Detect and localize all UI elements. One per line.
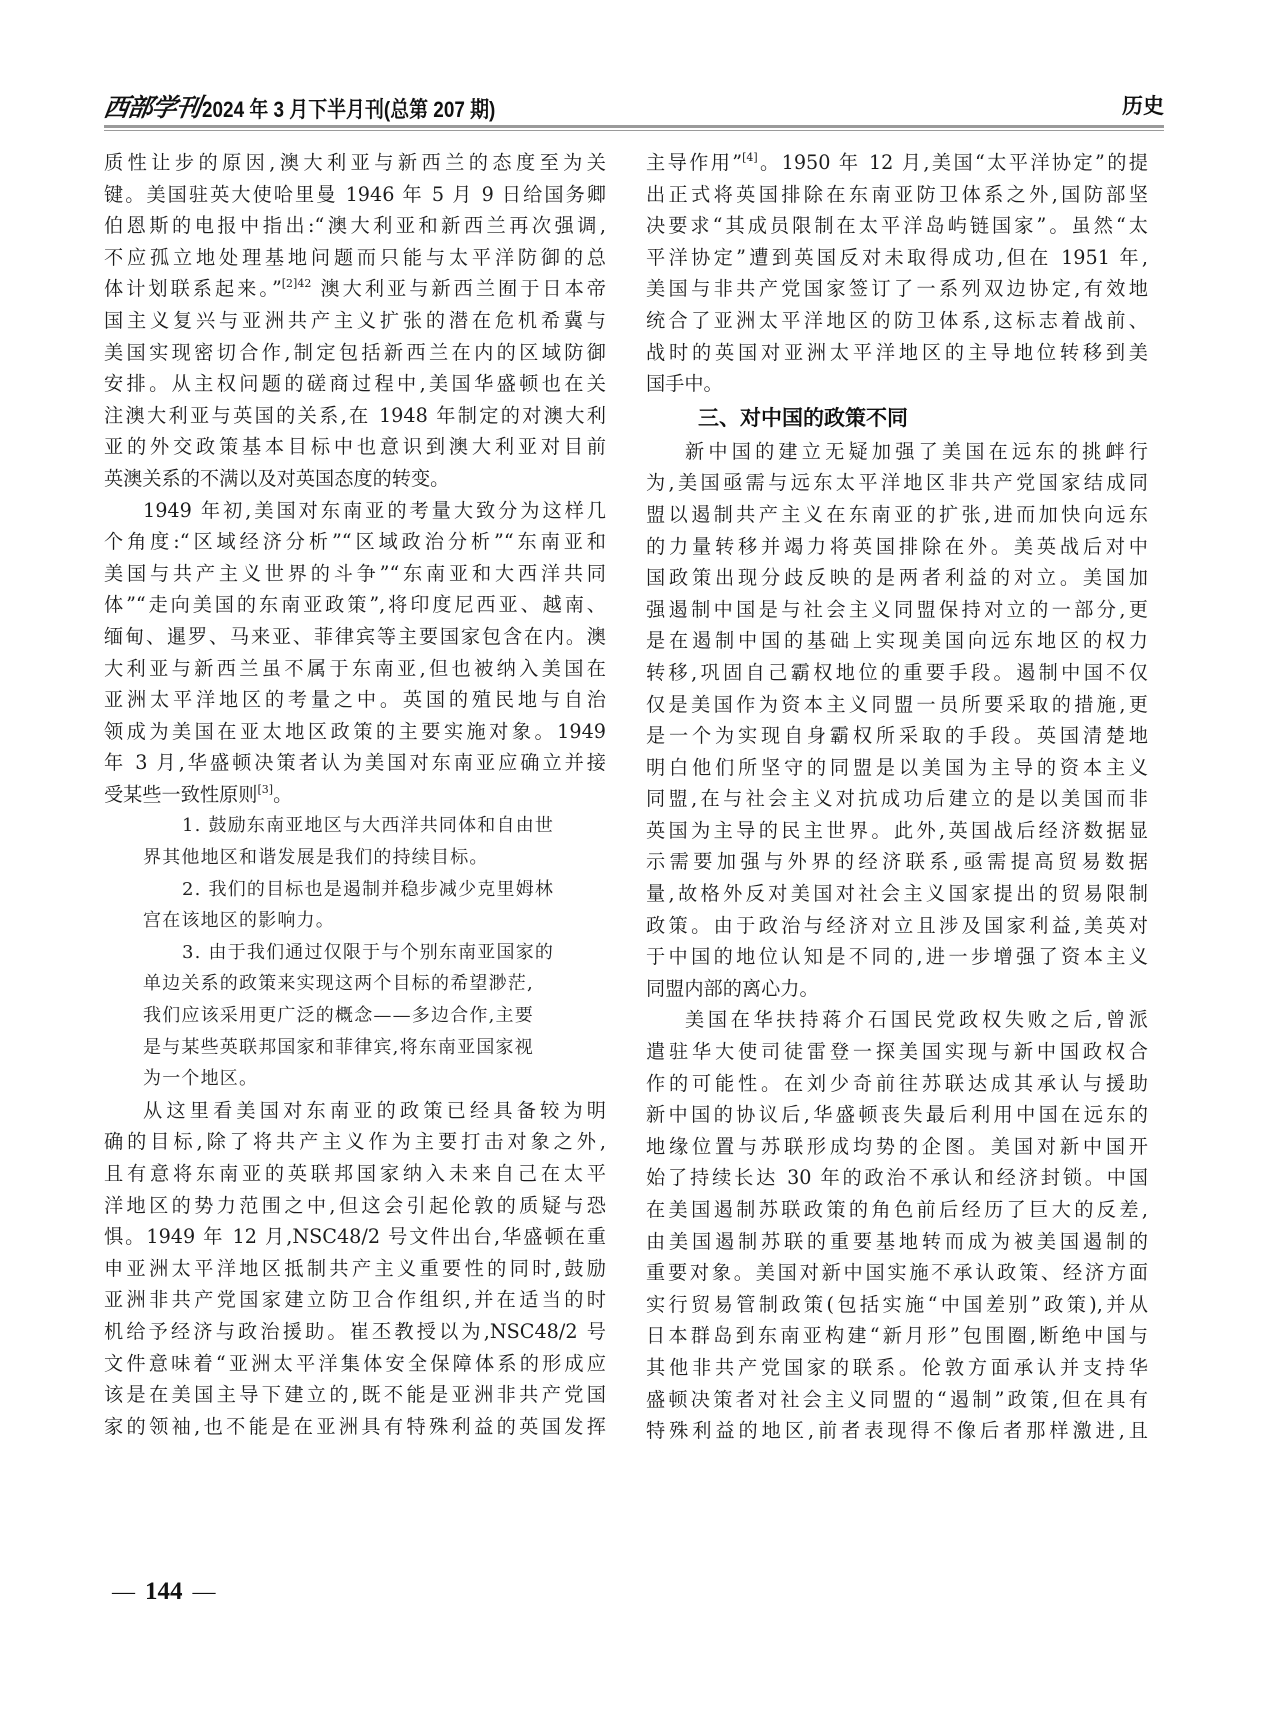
text-line: 日本群岛到东南亚构建“新月形”包围圈,断绝中国与 (646, 1320, 1148, 1352)
text-line: 明白他们所坚守的同盟是以美国为主导的资本主义 (646, 752, 1148, 784)
text-line: 安排。从主权问题的磋商过程中,美国华盛顿也在关 (104, 368, 606, 400)
text-line: 亚洲太平洋地区的考量之中。英国的殖民地与自治 (104, 684, 606, 716)
quote-line: 我们应该采用更广泛的概念——多边合作,主要 (104, 1000, 606, 1032)
text-line: 出正式将英国排除在东南亚防卫体系之外,国防部坚 (646, 179, 1148, 211)
text-line: 国手中。 (646, 368, 1148, 400)
text-line: 国政策出现分歧反映的是两者利益的对立。美国加 (646, 562, 1148, 594)
text-line: 强遏制中国是与社会主义同盟保持对立的一部分,更 (646, 594, 1148, 626)
text-line: 是一个为实现自身霸权所采取的手段。英国清楚地 (646, 720, 1148, 752)
right-column: 主导作用”[4]。1950 年 12 月,美国“太平洋协定”的提 出正式将英国排… (646, 147, 1148, 1447)
text-fragment: 体计划联系起来。” (104, 277, 282, 300)
text-fragment: 。1950 年 12 月,美国“太平洋协定”的提 (758, 151, 1148, 174)
header-rule-thick (104, 125, 1164, 128)
text-line: 体”“走向美国的东南亚政策”,将印度尼西亚、越南、 (104, 589, 606, 621)
citation-marker: [2]42 (282, 277, 312, 290)
paragraph-start: 1949 年初,美国对东南亚的考量大致分为这样几 (104, 495, 606, 527)
text-line: 键。美国驻英大使哈里曼 1946 年 5 月 9 日给国务卿 (104, 179, 606, 211)
text-line: 战时的英国对亚洲太平洋地区的主导地位转移到美 (646, 337, 1148, 369)
text-fragment: 主导作用” (646, 151, 742, 174)
text-line: 美国与共产主义世界的斗争”“东南亚和大西洋共同 (104, 558, 606, 590)
folio-dash-right: — (193, 1579, 216, 1604)
text-line: 美国实现密切合作,制定包括新西兰在内的区域防御 (104, 337, 606, 369)
text-line-with-citation: 主导作用”[4]。1950 年 12 月,美国“太平洋协定”的提 (646, 147, 1148, 179)
text-line: 亚的外交政策基本目标中也意识到澳大利亚对目前 (104, 431, 606, 463)
text-line: 领成为美国在亚太地区政策的主要实施对象。1949 (104, 716, 606, 748)
text-line: 是在遏制中国的基础上实现美国向远东地区的权力 (646, 625, 1148, 657)
text-line: 确的目标,除了将共产主义作为主要打击对象之外, (104, 1126, 606, 1158)
text-line: 仅是美国作为资本主义同盟一员所要采取的措施,更 (646, 689, 1148, 721)
text-line: 同盟内部的离心力。 (646, 973, 1148, 1005)
page-folio: —144— (112, 1578, 216, 1606)
quote-line: 为一个地区。 (104, 1063, 606, 1095)
paragraph-start: 从这里看美国对东南亚的政策已经具备较为明 (104, 1095, 606, 1127)
text-line: 国主义复兴与亚洲共产主义扩张的潜在危机希冀与 (104, 305, 606, 337)
text-line: 亚洲非共产党国家建立防卫合作组织,并在适当的时 (104, 1284, 606, 1316)
text-line: 统合了亚洲太平洋地区的防卫体系,这标志着战前、 (646, 305, 1148, 337)
folio-dash-left: — (112, 1579, 135, 1604)
text-line: 特殊利益的地区,前者表现得不像后者那样激进,且 (646, 1415, 1148, 1447)
section-label: 历史 (1122, 90, 1164, 120)
text-line: 英澳关系的不满以及对英国态度的转变。 (104, 463, 606, 495)
text-line: 新中国的协议后,华盛顿丧失最后利用中国在远东的 (646, 1099, 1148, 1131)
text-line: 质性让步的原因,澳大利亚与新西兰的态度至为关 (104, 147, 606, 179)
text-line: 在美国遏制苏联政策的角色前后经历了巨大的反差, (646, 1194, 1148, 1226)
text-line: 家的领袖,也不能是在亚洲具有特殊利益的英国发挥 (104, 1411, 606, 1443)
text-line: 平洋协定”遭到英国反对未取得成功,但在 1951 年, (646, 242, 1148, 274)
text-line: 遣驻华大使司徒雷登一探美国实现与新中国政权合 (646, 1036, 1148, 1068)
text-line: 转移,巩固自己霸权地位的重要手段。遏制中国不仅 (646, 657, 1148, 689)
text-line: 大利亚与新西兰虽不属于东南亚,但也被纳入美国在 (104, 653, 606, 685)
text-line: 实行贸易管制政策(包括实施“中国差别”政策),并从 (646, 1289, 1148, 1321)
text-line: 惧。1949 年 12 月,NSC48/2 号文件出台,华盛顿在重 (104, 1221, 606, 1253)
text-line: 的力量转移并竭力将英国排除在外。美英战后对中 (646, 531, 1148, 563)
quote-line: 是与某些英联邦国家和菲律宾,将东南亚国家视 (104, 1032, 606, 1064)
running-header: 西部学刊 2024 年 3 月下半月刊(总第 207 期) 历史 (104, 88, 1164, 124)
text-line: 个角度:“区域经济分析”“区域政治分析”“东南亚和 (104, 526, 606, 558)
text-line: 示需要加强与外界的经济联系,亟需提高贸易数据 (646, 846, 1148, 878)
text-line: 申亚洲太平洋地区抵制共产主义重要性的同时,鼓励 (104, 1253, 606, 1285)
text-line: 不应孤立地处理基地问题而只能与太平洋防御的总 (104, 242, 606, 274)
text-line: 始了持续长达 30 年的政治不承认和经济封锁。中国 (646, 1162, 1148, 1194)
citation-marker: [4] (742, 151, 758, 164)
quote-line: 界其他地区和谐发展是我们的持续目标。 (104, 842, 606, 874)
text-line: 机给予经济与政治援助。崔丕教授以为,NSC48/2 号 (104, 1316, 606, 1348)
text-line: 洋地区的势力范围之中,但这会引起伦敦的质疑与恐 (104, 1190, 606, 1222)
text-line: 英国为主导的民主世界。此外,英国战后经济数据显 (646, 815, 1148, 847)
page-number: 144 (145, 1578, 183, 1605)
header-left: 西部学刊 2024 年 3 月下半月刊(总第 207 期) (104, 88, 543, 124)
text-line: 且有意将东南亚的英联邦国家纳入未来自己在太平 (104, 1158, 606, 1190)
text-line: 决要求“其成员限制在太平洋岛屿链国家”。虽然“太 (646, 210, 1148, 242)
issue-info: 2024 年 3 月下半月刊(总第 207 期) (202, 93, 495, 124)
text-line: 地缘位置与苏联形成均势的企图。美国对新中国开 (646, 1131, 1148, 1163)
text-line: 盟以遏制共产主义在东南亚的扩张,进而加快向远东 (646, 499, 1148, 531)
text-line: 美国与非共产党国家签订了一系列双边协定,有效地 (646, 273, 1148, 305)
quote-line: 宫在该地区的影响力。 (104, 905, 606, 937)
journal-logo: 西部学刊 (101, 88, 202, 124)
text-line: 量,故格外反对美国对社会主义国家提出的贸易限制 (646, 878, 1148, 910)
text-line: 于中国的地位认知是不同的,进一步增强了资本主义 (646, 941, 1148, 973)
text-line: 注澳大利亚与英国的关系,在 1948 年制定的对澳大利 (104, 400, 606, 432)
text-line: 文件意味着“亚洲太平洋集体安全保障体系的形成应 (104, 1348, 606, 1380)
section-heading: 三、对中国的政策不同 (646, 400, 1148, 436)
text-line: 伯恩斯的电报中指出:“澳大利亚和新西兰再次强调, (104, 210, 606, 242)
text-line-with-citation: 体计划联系起来。”[2]42 澳大利亚与新西兰囿于日本帝 (104, 273, 606, 305)
text-fragment: 。 (273, 783, 292, 806)
text-line: 缅甸、暹罗、马来亚、菲律宾等主要国家包含在内。澳 (104, 621, 606, 653)
text-line: 同盟,在与社会主义对抗成功后建立的是以美国而非 (646, 783, 1148, 815)
text-fragment: 澳大利亚与新西兰囿于日本帝 (311, 277, 606, 300)
text-line: 该是在美国主导下建立的,既不能是亚洲非共产党国 (104, 1379, 606, 1411)
header-rule-thin (104, 130, 1164, 131)
quote-item-3: 3. 由于我们通过仅限于与个别东南亚国家的 (104, 937, 606, 969)
text-line: 盛顿决策者对社会主义同盟的“遏制”政策,但在具有 (646, 1384, 1148, 1416)
text-line: 其他非共产党国家的联系。伦敦方面承认并支持华 (646, 1352, 1148, 1384)
quote-line: 单边关系的政策来实现这两个目标的希望渺茫, (104, 968, 606, 1000)
left-column: 质性让步的原因,澳大利亚与新西兰的态度至为关 键。美国驻英大使哈里曼 1946 … (104, 147, 606, 1442)
text-line: 作的可能性。在刘少奇前往苏联达成其承认与援助 (646, 1068, 1148, 1100)
text-line: 由美国遏制苏联的重要基地转而成为被美国遏制的 (646, 1226, 1148, 1258)
paragraph-start: 新中国的建立无疑加强了美国在远东的挑衅行 (646, 436, 1148, 468)
text-line-with-citation: 受某些一致性原则[3]。 (104, 779, 606, 811)
text-fragment: 受某些一致性原则 (104, 783, 258, 806)
quote-item-2: 2. 我们的目标也是遏制并稳步减少克里姆林 (104, 874, 606, 906)
citation-marker: [3] (258, 783, 274, 796)
paragraph-start: 美国在华扶持蒋介石国民党政权失败之后,曾派 (646, 1004, 1148, 1036)
text-line: 年 3 月,华盛顿决策者认为美国对东南亚应确立并接 (104, 747, 606, 779)
text-line: 政策。由于政治与经济对立且涉及国家利益,美英对 (646, 910, 1148, 942)
text-line: 为,美国亟需与远东太平洋地区非共产党国家结成同 (646, 467, 1148, 499)
text-line: 重要对象。美国对新中国实施不承认政策、经济方面 (646, 1257, 1148, 1289)
quote-item-1: 1. 鼓励东南亚地区与大西洋共同体和自由世 (104, 810, 606, 842)
